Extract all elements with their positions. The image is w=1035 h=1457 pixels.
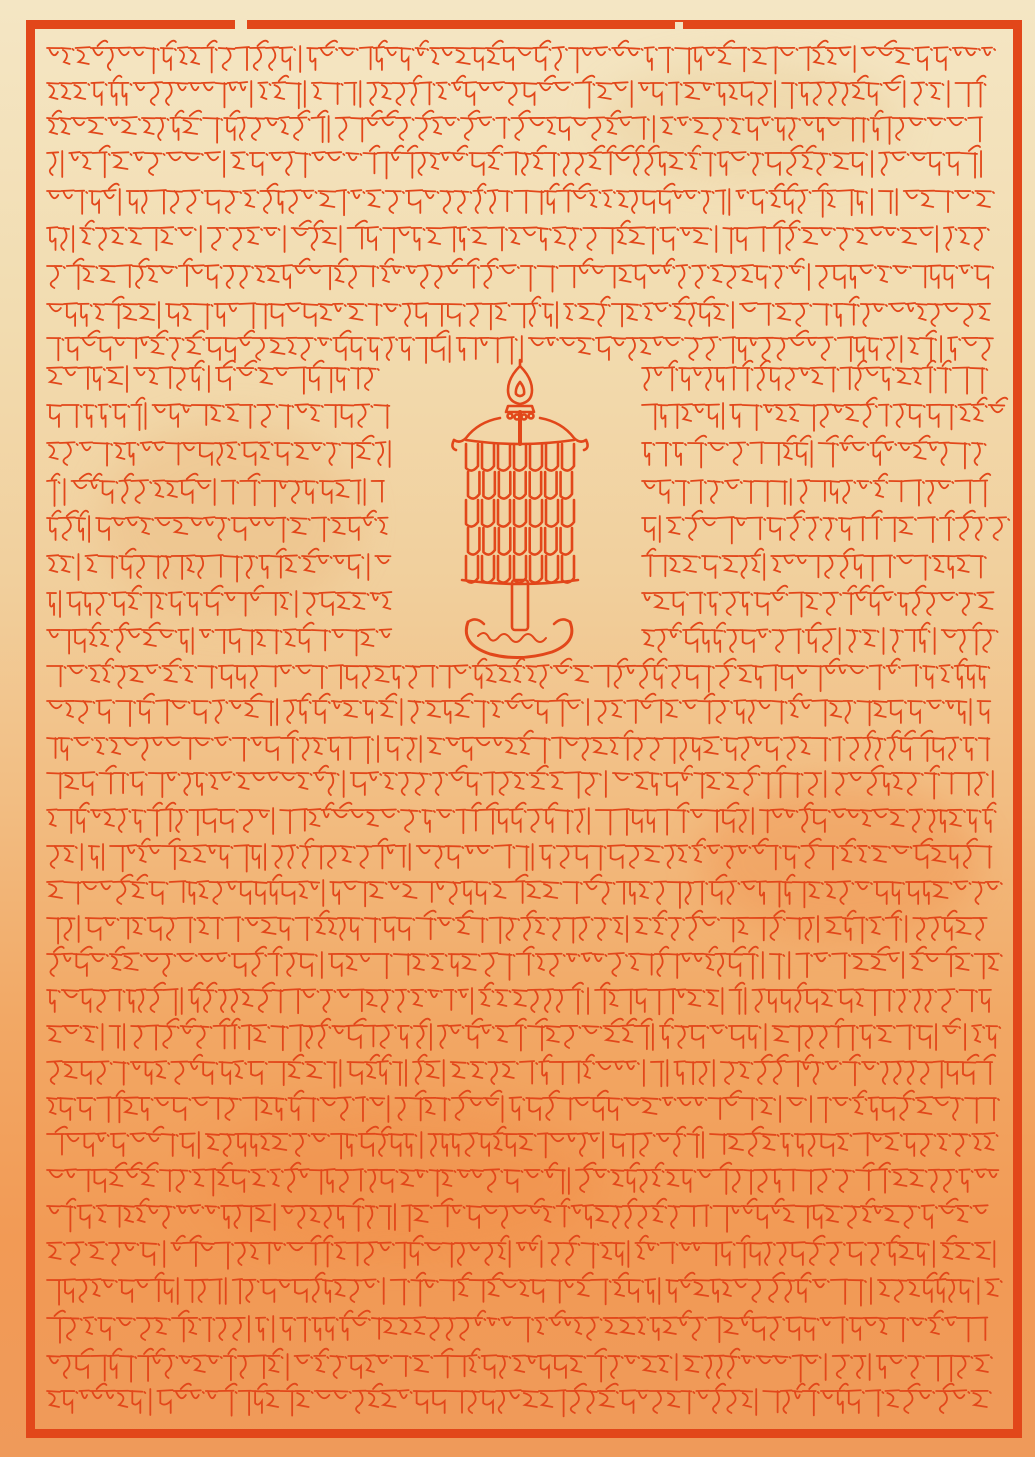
tibetan-text-line <box>640 620 1000 650</box>
tibetan-text-line <box>45 1270 995 1300</box>
tibetan-text-line <box>640 546 995 576</box>
tibetan-text-line <box>45 218 990 248</box>
tibetan-text-line <box>640 358 995 388</box>
tibetan-text-line <box>45 108 990 138</box>
tibetan-text-line <box>45 358 385 388</box>
tibetan-text-line <box>45 1346 995 1376</box>
border-notch <box>675 22 683 31</box>
tibetan-text-line <box>45 1308 995 1338</box>
tibetan-text-line <box>45 294 990 324</box>
tibetan-text-line <box>45 908 995 938</box>
tibetan-text-line <box>45 508 395 538</box>
tibetan-text-line <box>45 1160 995 1190</box>
tibetan-text-line <box>45 1233 995 1263</box>
tibetan-text-line <box>45 800 995 830</box>
tibetan-text-line <box>45 836 995 866</box>
border-notch <box>235 20 247 29</box>
tibetan-text-line <box>45 546 385 576</box>
tibetan-text-line <box>45 433 385 463</box>
tibetan-text-line <box>45 763 995 793</box>
tibetan-text-line <box>45 471 390 501</box>
tibetan-text-line <box>45 1124 995 1154</box>
tibetan-text-line <box>640 508 1000 538</box>
tibetan-text-line <box>45 620 390 650</box>
tibetan-text-line <box>45 1052 995 1082</box>
tibetan-text-line <box>45 980 995 1010</box>
victory-banner-illustration <box>440 352 600 662</box>
tibetan-text-line <box>640 395 1000 425</box>
tibetan-text-line <box>640 433 995 463</box>
tibetan-text-line <box>45 143 990 173</box>
tibetan-text-line <box>640 471 995 501</box>
tibetan-text-line <box>45 872 995 902</box>
tibetan-text-line <box>45 73 990 103</box>
tibetan-text-line <box>45 944 995 974</box>
tibetan-text-line <box>45 728 995 758</box>
tibetan-text-line <box>45 1016 995 1046</box>
tibetan-text-line <box>45 583 390 613</box>
tibetan-text-line <box>640 583 1000 613</box>
tibetan-text-line <box>45 1088 995 1118</box>
tibetan-text-line <box>45 181 990 211</box>
tibetan-text-line <box>45 256 990 286</box>
tibetan-text-line <box>45 38 990 68</box>
tibetan-text-line <box>45 1196 995 1226</box>
tibetan-text-line <box>45 1381 995 1411</box>
tibetan-text-line <box>45 691 995 721</box>
tibetan-text-line <box>45 395 385 425</box>
victory-banner-icon <box>440 352 600 662</box>
